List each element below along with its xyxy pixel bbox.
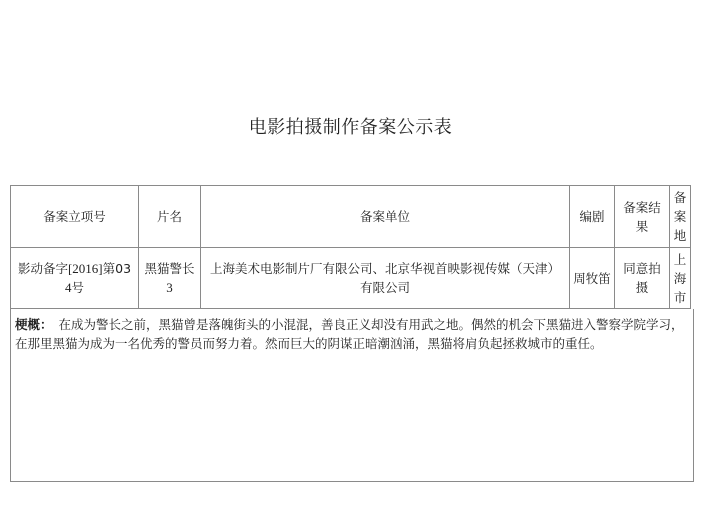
header-record-result: 备案结果 <box>615 186 670 248</box>
summary-label: 梗概： <box>15 317 53 332</box>
cell-record-no: 影动备字[2016]第034号 <box>11 248 139 309</box>
header-screenwriter: 编剧 <box>570 186 615 248</box>
cell-screenwriter: 周牧笛 <box>570 248 615 309</box>
table-row: 影动备字[2016]第034号 黑猫警长3 上海美术电影制片厂有限公司、北京华视… <box>11 248 691 309</box>
header-film-name: 片名 <box>139 186 201 248</box>
cell-record-place: 上海市 <box>670 248 691 309</box>
record-no-mid: 第03 <box>103 261 131 276</box>
record-no-year: [2016] <box>68 261 103 276</box>
cell-record-unit: 上海美术电影制片厂有限公司、北京华视首映影视传媒（天津）有限公司 <box>201 248 570 309</box>
record-table: 备案立项号 片名 备案单位 编剧 备案结果 备案地 影动备字[2016]第034… <box>10 185 691 309</box>
header-record-no: 备案立项号 <box>11 186 139 248</box>
summary-text: 在成为警长之前，黑猫曾是落魄街头的小混混，善良正义却没有用武之地。偶然的机会下黑… <box>15 317 684 351</box>
page-title: 电影拍摄制作备案公示表 <box>0 116 701 140</box>
cell-record-result: 同意拍摄 <box>615 248 670 309</box>
record-no-suffix: 号 <box>71 280 84 295</box>
header-record-unit: 备案单位 <box>201 186 570 248</box>
cell-film-name: 黑猫警长3 <box>139 248 201 309</box>
summary-box: 梗概：在成为警长之前，黑猫曾是落魄街头的小混混，善良正义却没有用武之地。偶然的机… <box>10 309 694 482</box>
table-header-row: 备案立项号 片名 备案单位 编剧 备案结果 备案地 <box>11 186 691 248</box>
record-no-prefix: 影动备字 <box>18 261 68 276</box>
film-name-num: 3 <box>166 280 173 295</box>
header-record-place: 备案地 <box>670 186 691 248</box>
film-name-text: 黑猫警长 <box>144 261 194 276</box>
